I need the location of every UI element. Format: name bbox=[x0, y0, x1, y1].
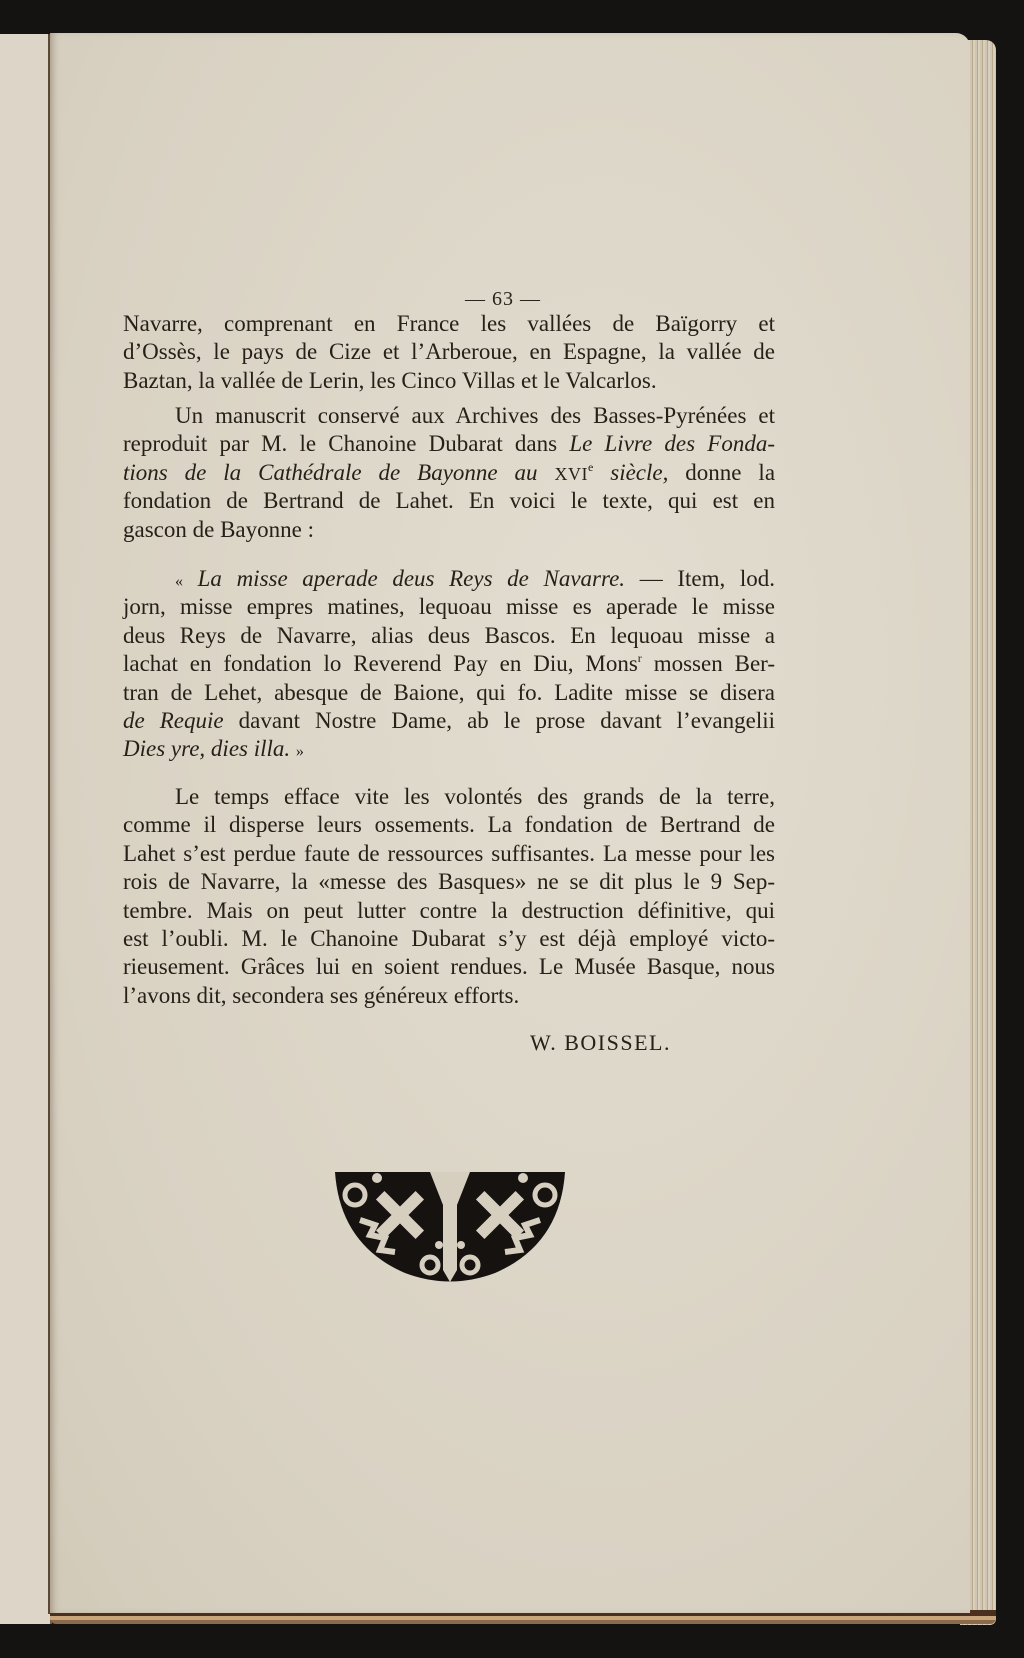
paragraph-2: Un manuscrit conservé aux Archives des B… bbox=[123, 402, 775, 544]
text-line: comme il disperse leurs ossements. La fo… bbox=[123, 811, 775, 839]
text-line: d’Ossès, le pays de Cize et l’Arberoue, … bbox=[123, 338, 775, 366]
basque-ornament-icon bbox=[335, 1170, 565, 1285]
siecle: siècle, bbox=[610, 460, 668, 485]
page-number: — 63 — bbox=[50, 288, 956, 311]
text-line: de Requie davant Nostre Dame, ab le pros… bbox=[123, 707, 775, 735]
superscript: r bbox=[638, 651, 642, 665]
text-line: l’avons dit, secondera ses généreux effo… bbox=[123, 982, 775, 1010]
text-line: tran de Lehet, abesque de Baione, qui fo… bbox=[123, 679, 775, 707]
quote-close: » bbox=[296, 743, 304, 760]
text-line: Baztan, la vallée de Lerin, les Cinco Vi… bbox=[123, 367, 775, 395]
text-line: Un manuscrit conservé aux Archives des B… bbox=[123, 402, 775, 430]
text-span: mossen Ber- bbox=[654, 651, 775, 676]
text-span: — Item, lod. bbox=[640, 566, 775, 591]
book-title: tions de la Cathédrale de Bayonne au bbox=[123, 460, 538, 485]
text-line: « La misse aperade deus Reys de Navarre.… bbox=[123, 565, 775, 593]
text-line: tions de la Cathédrale de Bayonne au XVI… bbox=[123, 459, 775, 487]
text-span: reproduit par M. le Chanoine Dubarat dan… bbox=[123, 431, 569, 456]
text-span: lachat en fondation lo Reverend Pay en D… bbox=[123, 651, 638, 676]
italic-span: Dies yre, dies illa. bbox=[123, 736, 290, 761]
book-title: Le Livre des Fonda- bbox=[569, 431, 775, 456]
quote-title: La misse aperade deus Reys de Navarre. bbox=[198, 566, 625, 591]
text-line: deus Reys de Navarre, alias deus Bascos.… bbox=[123, 622, 775, 650]
text-line: jorn, misse empres matines, lequoau miss… bbox=[123, 593, 775, 621]
text-line: Dies yre, dies illa. » bbox=[123, 735, 775, 763]
text-line: reproduit par M. le Chanoine Dubarat dan… bbox=[123, 430, 775, 458]
italic-span: de Requie bbox=[123, 708, 224, 733]
text-line: fondation de Bertrand de Lahet. En voici… bbox=[123, 487, 775, 515]
paragraph-3-quote: « La misse aperade deus Reys de Navarre.… bbox=[123, 565, 775, 764]
text-line: gascon de Bayonne : bbox=[123, 516, 775, 544]
quote-open: « bbox=[175, 573, 183, 590]
gutter bbox=[48, 34, 50, 1614]
author-signature: W. BOISSEL. bbox=[530, 1030, 671, 1056]
left-page-edge bbox=[0, 34, 52, 1624]
text-span: donne la bbox=[685, 460, 775, 485]
text-line: Le temps efface vite les volontés des gr… bbox=[123, 783, 775, 811]
century: XVI bbox=[554, 464, 588, 484]
text-line: lachat en fondation lo Reverend Pay en D… bbox=[123, 650, 775, 678]
text-span: davant Nostre Dame, ab le prose davant l… bbox=[239, 708, 775, 733]
text-line: rois de Navarre, la «messe des Basques» … bbox=[123, 868, 775, 896]
text-line: est l’oubli. M. le Chanoine Dubarat s’y … bbox=[123, 925, 775, 953]
text-line: rieusement. Grâces lui en soient rendues… bbox=[123, 953, 775, 981]
text-line: Navarre, comprenant en France les vallée… bbox=[123, 310, 775, 338]
text-line: Lahet s’est perdue faute de ressources s… bbox=[123, 840, 775, 868]
paragraph-4: Le temps efface vite les volontés des gr… bbox=[123, 783, 775, 1010]
century-superscript: e bbox=[588, 460, 593, 474]
paragraph-1: Navarre, comprenant en France les vallée… bbox=[123, 310, 775, 395]
text-line: tembre. Mais on peut lutter contre la de… bbox=[123, 897, 775, 925]
